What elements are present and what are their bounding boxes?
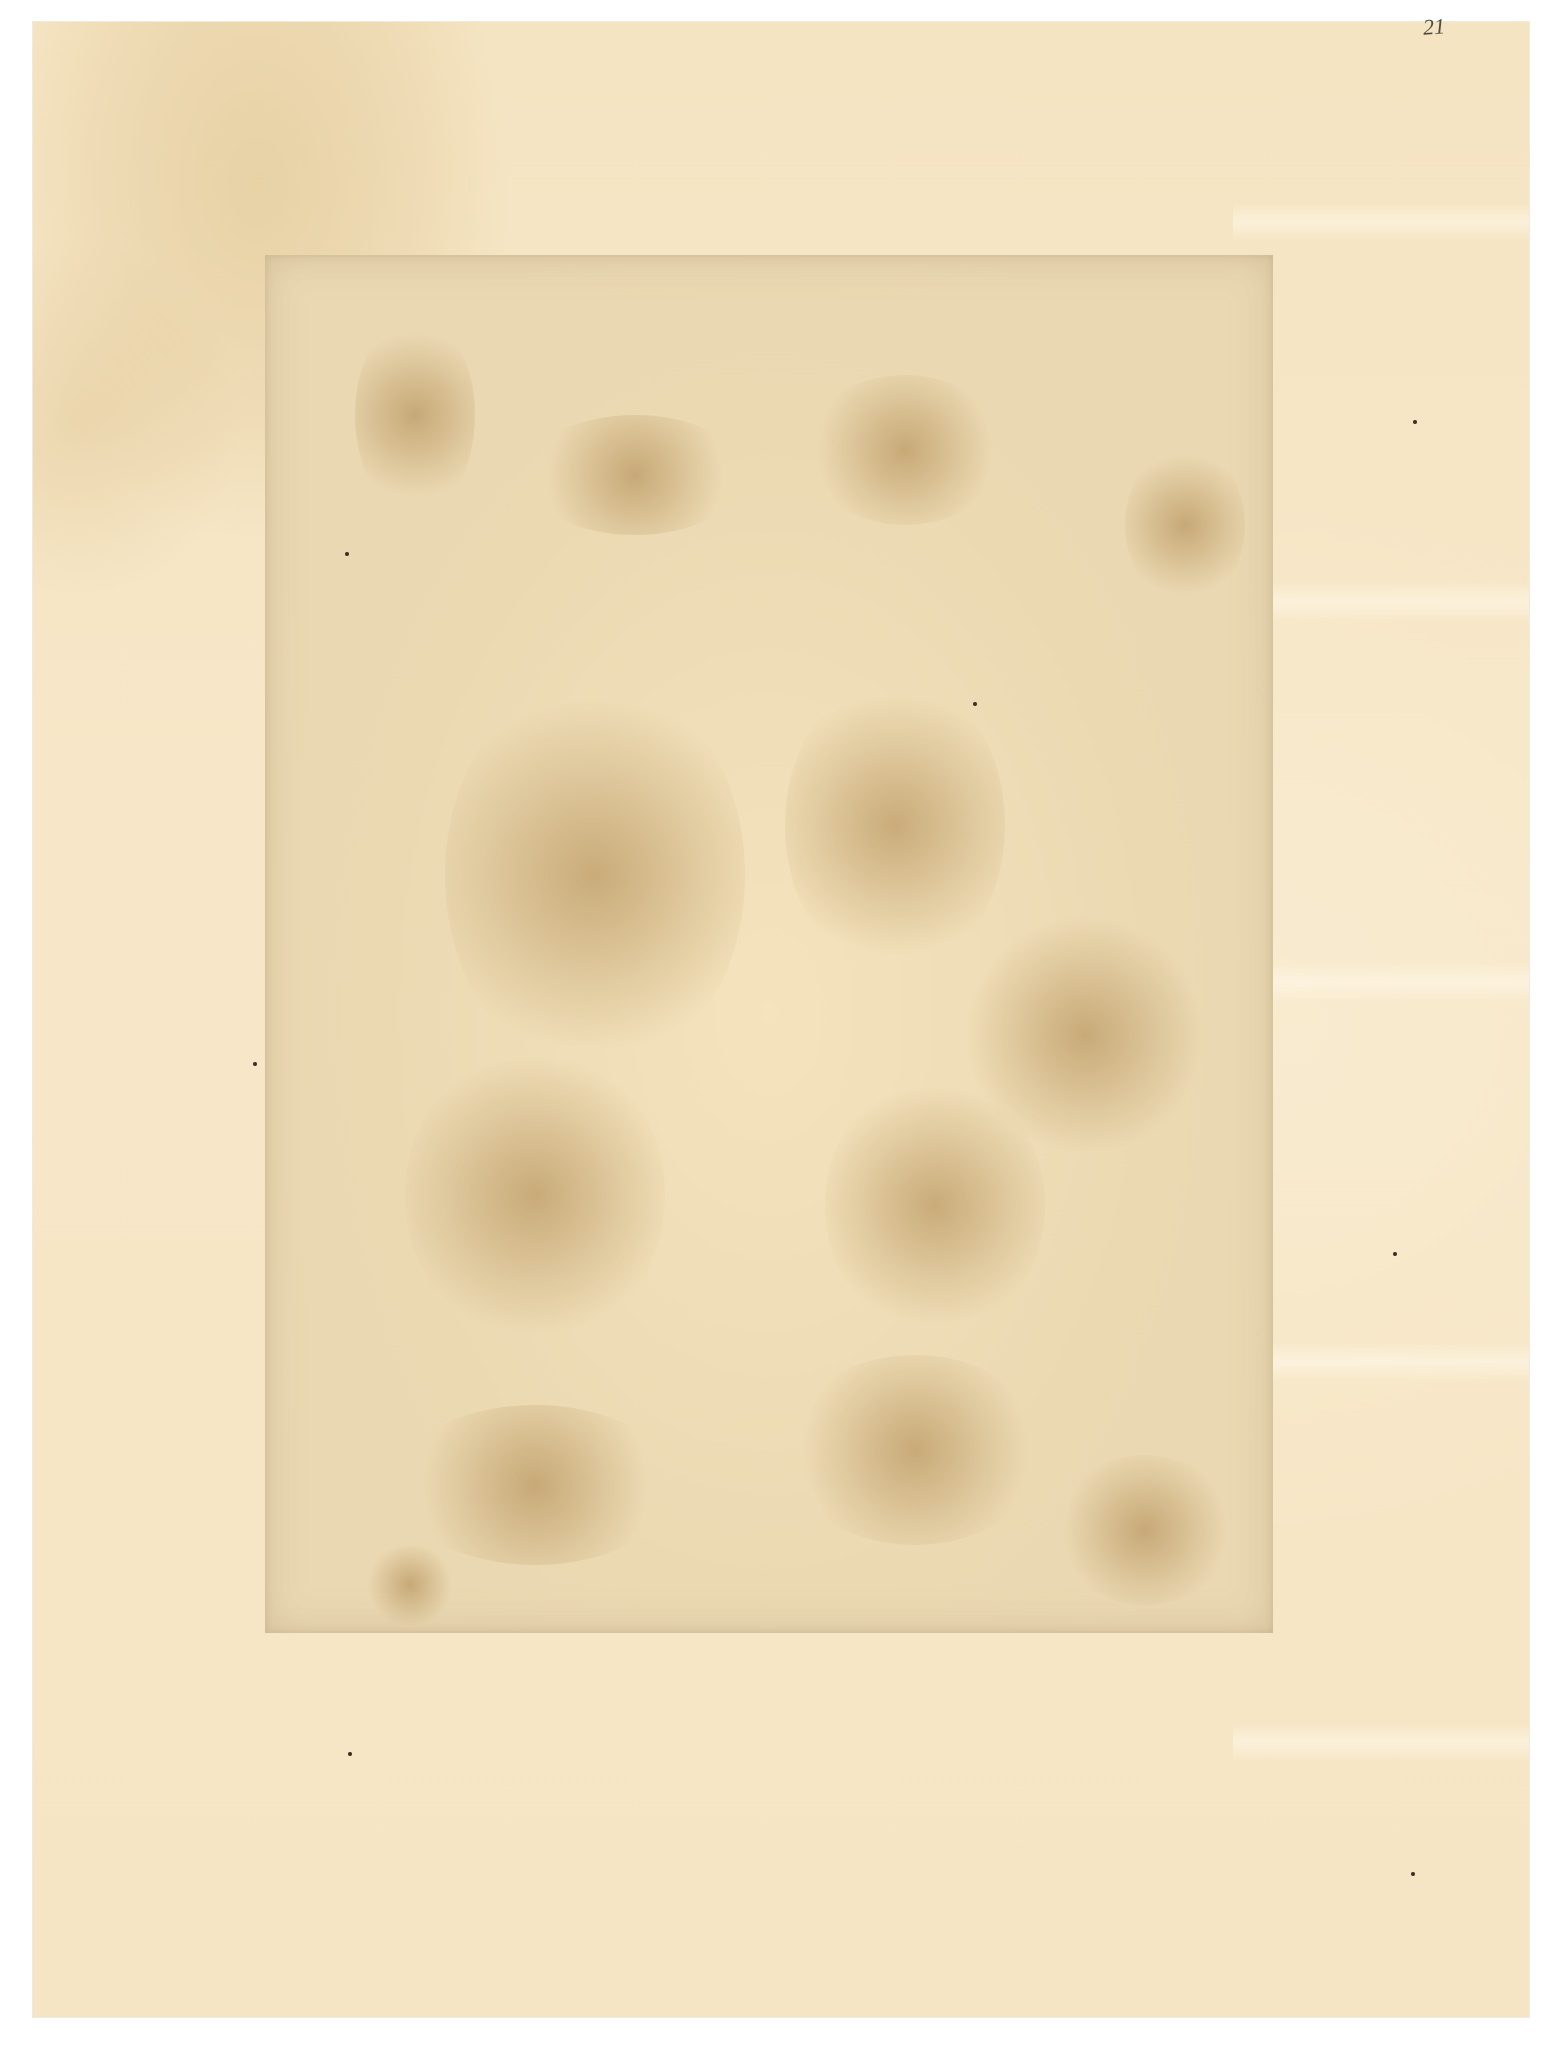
foxing-stain — [355, 315, 475, 515]
foxing-stain — [1125, 445, 1245, 605]
foxing-stain — [365, 1545, 455, 1625]
foxing-stain — [395, 1405, 675, 1565]
paper-wrinkle — [1233, 962, 1529, 1002]
speck — [253, 1062, 257, 1066]
foxing-stain — [785, 675, 1005, 975]
speck — [348, 1752, 352, 1756]
speck — [1413, 420, 1417, 424]
paper-wrinkle — [1233, 1722, 1529, 1762]
speck — [1411, 1872, 1415, 1876]
speck — [1393, 1252, 1397, 1256]
paper-wrinkle — [1233, 582, 1529, 622]
foxing-stain — [805, 375, 1005, 525]
speck — [345, 552, 349, 556]
foxing-stain — [825, 1075, 1045, 1335]
foxing-stain — [445, 675, 745, 1075]
foxing-stain — [1055, 1455, 1235, 1605]
paper-wrinkle — [1233, 1342, 1529, 1382]
speck — [973, 702, 977, 706]
foxing-stain — [405, 1045, 665, 1345]
paper-sheet — [33, 22, 1529, 2017]
foxing-stain — [785, 1355, 1045, 1545]
paper-wrinkle — [1233, 202, 1529, 242]
plate-mark — [265, 255, 1273, 1633]
foxing-stain — [525, 415, 745, 535]
page-number: 21 — [1422, 13, 1446, 40]
